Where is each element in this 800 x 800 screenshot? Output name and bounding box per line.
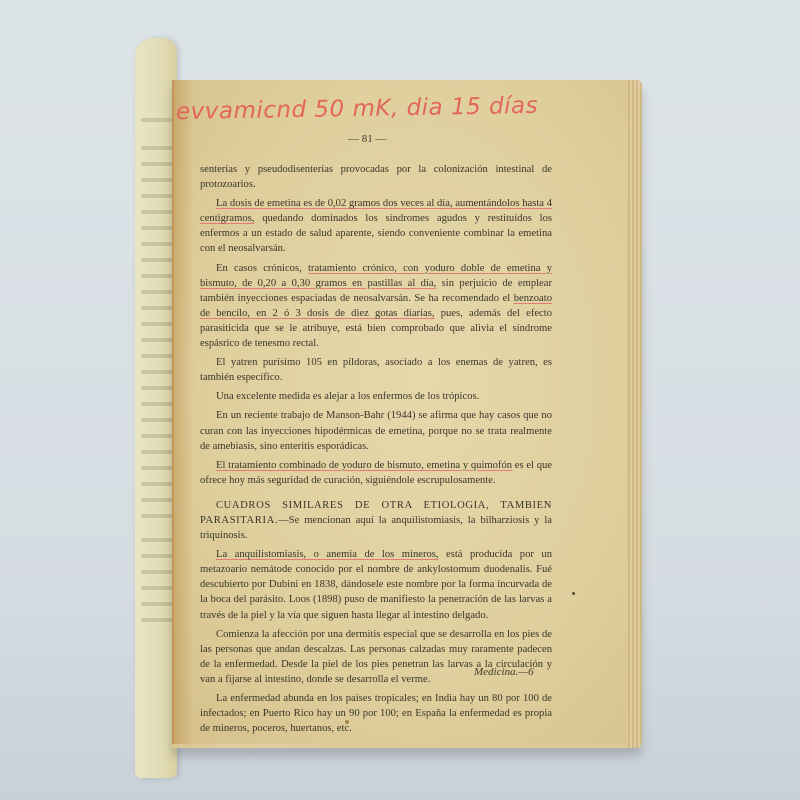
paragraph: La anquilistomiasis, o anemia de los min… <box>200 547 552 622</box>
paragraph: La enfermedad abunda en los países tropi… <box>200 691 552 736</box>
paper-speck <box>572 592 575 595</box>
paper-stain <box>345 720 349 724</box>
highlighted-text: La anquilistomiasis, o anemia de los min… <box>216 549 439 560</box>
text-segment: En casos crónicos, <box>216 263 308 274</box>
signature-mark: Medicina.—6 <box>474 666 534 678</box>
page-body-text: senterías y pseudodisenterías provocadas… <box>200 162 552 740</box>
page-number: — 81 — <box>348 133 387 145</box>
text-segment: senterías y pseudodisenterías provocadas… <box>200 164 552 190</box>
spine-shadow <box>172 80 194 744</box>
paragraph: En casos crónicos, tratamiento crónico, … <box>200 261 552 352</box>
left-page-curled <box>135 38 177 778</box>
text-segment: El yatren purísimo 105 en píldoras, asoc… <box>200 357 552 383</box>
text-segment: En un reciente trabajo de Manson-Bahr (1… <box>200 410 552 451</box>
highlighted-text: El tratamiento combinado de yoduro de bi… <box>216 460 512 471</box>
paragraph: El yatren purísimo 105 en píldoras, asoc… <box>200 355 552 385</box>
paragraph: En un reciente trabajo de Manson-Bahr (1… <box>200 408 552 453</box>
text-segment: La enfermedad abunda en los países tropi… <box>200 693 552 734</box>
text-segment: Una excelente medida es alejar a los enf… <box>216 391 479 402</box>
paragraph: El tratamiento combinado de yoduro de bi… <box>200 458 552 488</box>
paragraph: Una excelente medida es alejar a los enf… <box>200 389 552 404</box>
paragraph: La dosis de emetina es de 0,02 gramos do… <box>200 196 552 256</box>
paragraph: senterías y pseudodisenterías provocadas… <box>200 162 552 192</box>
paragraph: CUADROS SIMILARES DE OTRA ETIOLOGIA, TAM… <box>200 498 552 543</box>
